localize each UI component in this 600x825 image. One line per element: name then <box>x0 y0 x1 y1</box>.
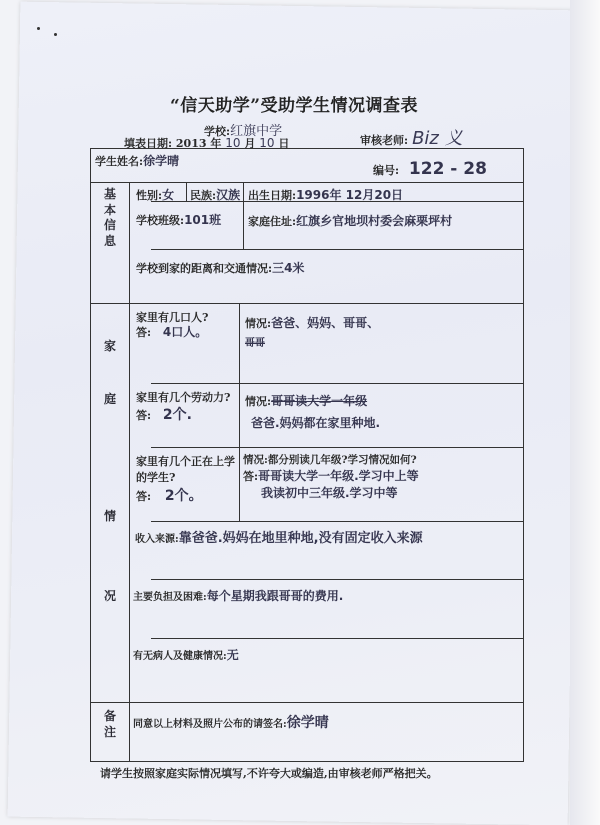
label-char: 注 <box>103 725 117 741</box>
labor-detail-value: 爸爸.妈妈都在家里种地. <box>251 414 380 431</box>
family-section-label-1: 家 <box>103 339 117 355</box>
students-question: 家里有几个正在上学 的学生? 答: 2个。 <box>136 454 235 506</box>
labor-detail: 情况:哥哥读大学一年级 爸爸.妈妈都在家里种地. <box>245 392 380 431</box>
answer-label: 答: <box>136 326 151 339</box>
label-char: 息 <box>103 234 117 250</box>
distance-value: 三4米 <box>272 261 304 275</box>
students-detail-line1: 哥哥读大学一年级.学习中上等 <box>258 469 419 483</box>
address-value: 红旗乡官地坝村委会麻栗坪村 <box>296 214 452 228</box>
birth-date-value: 1996年 12月20日 <box>296 188 403 202</box>
scanner-edge <box>570 0 600 825</box>
label-char: 基 <box>103 187 117 203</box>
health-field: 有无病人及健康情况:无 <box>133 646 239 663</box>
remarks-section-label: 备 注 <box>103 709 117 740</box>
members-answer: 答: 4口人。 <box>136 323 207 340</box>
members-detail: 情况:爸爸、妈妈、哥哥、 哥哥 <box>245 314 379 349</box>
address-label: 家庭住址: <box>248 215 296 228</box>
detail-label: 情况: <box>245 317 271 330</box>
ethnicity-label: 民族: <box>190 189 216 202</box>
members-detail-value: 爸爸、妈妈、哥哥、 <box>271 316 379 330</box>
students-answer-value: 2个。 <box>165 488 203 504</box>
income-value: 靠爸爸.妈妈在地里种地,没有固定收入来源 <box>179 531 423 546</box>
label-char: 信 <box>103 218 117 234</box>
family-section-label-3: 情 <box>103 509 117 525</box>
health-value: 无 <box>227 648 239 662</box>
address-field: 家庭住址:红旗乡官地坝村委会麻栗坪村 <box>248 212 452 229</box>
student-name-label: 学生姓名: <box>95 155 143 168</box>
speck <box>37 27 40 30</box>
burden-field: 主要负担及困难:每个星期我跟哥哥的费用. <box>133 587 343 604</box>
birth-date-field: 出生日期:1996年 12月20日 <box>248 186 403 203</box>
class-value: 101班 <box>184 213 221 227</box>
answer-label: 答: <box>136 490 151 503</box>
students-question-line2: 的学生? <box>136 470 235 486</box>
income-field: 收入来源:靠爸爸.妈妈在地里种地,没有固定收入来源 <box>135 527 423 546</box>
consent-label: 同意以上材料及照片公布的请签名: <box>133 719 287 730</box>
burden-value: 每个星期我跟哥哥的费用. <box>207 589 344 603</box>
id-label: 编号: <box>373 164 399 177</box>
labor-detail-struck: 哥哥读大学一年级 <box>271 394 367 408</box>
gender-field: 性别:女 <box>136 186 174 203</box>
answer-label: 答: <box>243 470 258 483</box>
students-detail-label: 情况:都分别读几年级?学习情况如何? <box>243 452 419 467</box>
birth-date-label: 出生日期: <box>248 189 296 202</box>
detail-label: 情况: <box>245 395 271 408</box>
auditor-signature: Biz 义 <box>412 128 463 149</box>
burden-label: 主要负担及困难: <box>133 592 207 603</box>
id-value: 122 - 28 <box>409 159 487 179</box>
labor-answer-value: 2个. <box>163 407 192 423</box>
class-label: 学校班级: <box>136 214 184 227</box>
gender-label: 性别: <box>136 189 162 202</box>
labor-question: 家里有几个劳动力? <box>136 389 230 405</box>
auditor-label: 审核老师: <box>360 134 408 147</box>
students-detail-line2: 我读初中三年级.学习中等 <box>261 484 419 501</box>
id-field: 编号: 122 - 28 <box>373 159 487 179</box>
ethnicity-value: 汉族 <box>216 188 240 202</box>
family-section-label-2: 庭 <box>103 392 117 408</box>
footer-note: 请学生按照家庭实际情况填写,不许夸大或编造,由审核老师严格把关。 <box>100 765 438 781</box>
income-label: 收入来源: <box>135 534 179 545</box>
auditor-field: 审核老师:Biz 义 <box>360 124 463 150</box>
students-detail: 情况:都分别读几年级?学习情况如何? 答:哥哥读大学一年级.学习中上等 我读初中… <box>243 452 419 501</box>
members-answer-value: 4口人。 <box>163 325 207 339</box>
members-detail-struck: 哥哥 <box>245 334 379 349</box>
family-section-label-4: 况 <box>103 589 117 605</box>
labor-answer: 答: 2个. <box>136 404 192 424</box>
form-title: “信天助学”受助学生情况调查表 <box>170 91 418 116</box>
speck <box>54 33 57 36</box>
answer-label: 答: <box>136 409 151 422</box>
student-name-value: 徐学晴 <box>143 154 179 168</box>
students-question-line1: 家里有几个正在上学 <box>136 454 235 470</box>
label-char: 备 <box>103 709 117 725</box>
gender-value: 女 <box>162 188 174 202</box>
student-name-field: 学生姓名:徐学晴 <box>95 152 179 169</box>
distance-label: 学校到家的距离和交通情况: <box>136 262 272 275</box>
basic-info-section-label: 基 本 信 息 <box>103 187 117 249</box>
health-label: 有无病人及健康情况: <box>133 651 227 662</box>
distance-field: 学校到家的距离和交通情况:三4米 <box>136 259 304 276</box>
survey-table: 学生姓名:徐学晴 编号: 122 - 28 基 本 信 息 性别:女 民族:汉族… <box>90 148 524 762</box>
class-field: 学校班级:101班 <box>136 211 221 228</box>
consent-field: 同意以上材料及照片公布的请签名:徐学晴 <box>133 712 329 732</box>
consent-signature: 徐学晴 <box>287 715 329 731</box>
ethnicity-field: 民族:汉族 <box>190 186 240 203</box>
label-char: 本 <box>103 203 117 219</box>
